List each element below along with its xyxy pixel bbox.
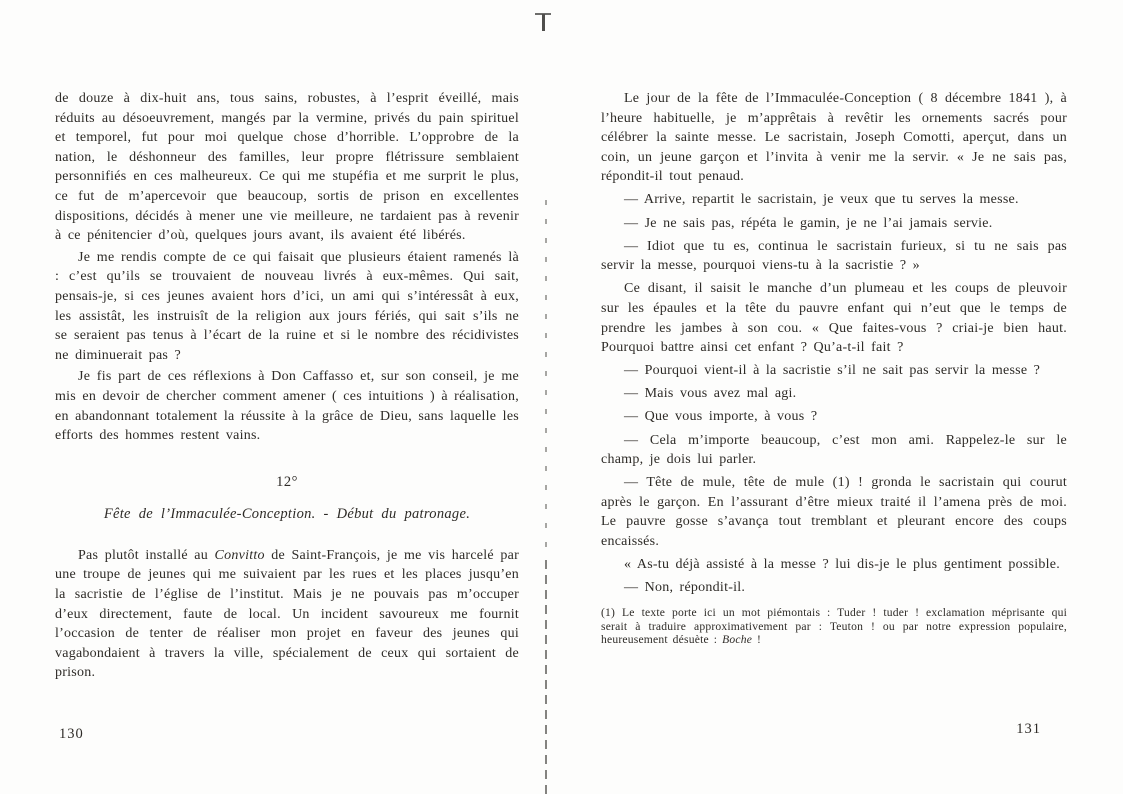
italic-term: Convitto: [215, 548, 265, 563]
dialogue-line: — Que vous importe, à vous ?: [601, 407, 1067, 427]
dialogue-line: — Mais vous avez mal agi.: [601, 384, 1067, 404]
gutter-line: [545, 200, 547, 560]
paragraph-text: de Saint-François, je me vis harcelé par…: [55, 548, 519, 681]
italic-term: Boche: [722, 633, 752, 646]
dialogue-line: — Non, répondit-il.: [601, 578, 1067, 598]
dialogue-line: — Idiot que tu es, continua le sacristai…: [601, 237, 1067, 276]
paragraph: Je me rendis compte de ce qui faisait qu…: [55, 248, 519, 366]
page-number-right: 131: [601, 721, 1041, 738]
paragraph: « As-tu déjà assisté à la messe ? lui di…: [601, 555, 1067, 575]
paragraph-text: Pas plutôt installé au: [78, 548, 215, 563]
paragraph: Pas plutôt installé au Convitto de Saint…: [55, 546, 519, 683]
dialogue-line: — Pourquoi vient-il à la sacristie s’il …: [601, 361, 1067, 381]
book-scan: de douze à dix-huit ans, tous sains, rob…: [0, 0, 1123, 794]
dialogue-line: — Tête de mule, tête de mule (1) ! grond…: [601, 473, 1067, 551]
section-title: Fête de l’Immaculée-Conception. - Début …: [55, 505, 519, 525]
paragraph: Ce disant, il saisit le manche d’un plum…: [601, 279, 1067, 357]
dialogue-line: — Arrive, repartit le sacristain, je veu…: [601, 190, 1067, 210]
paragraph: de douze à dix-huit ans, tous sains, rob…: [55, 89, 519, 246]
dialogue-line: — Cela m’importe beaucoup, c’est mon ami…: [601, 431, 1067, 470]
footnote-text: (1) Le texte porte ici un mot piémontais…: [601, 606, 1067, 647]
footnote: (1) Le texte porte ici un mot piémontais…: [601, 606, 1067, 647]
section-number: 12°: [55, 473, 519, 493]
footnote-text: !: [752, 633, 761, 646]
paragraph: Je fis part de ces réflexions à Don Caff…: [55, 367, 519, 445]
binding-mark: [535, 13, 551, 15]
page-number-left: 130: [59, 726, 84, 743]
right-page: Le jour de la fête de l’Immaculée-Concep…: [601, 89, 1067, 659]
gutter-line: [545, 560, 547, 794]
paragraph: Le jour de la fête de l’Immaculée-Concep…: [601, 89, 1067, 187]
dialogue-line: — Je ne sais pas, répéta le gamin, je ne…: [601, 214, 1067, 234]
left-page: de douze à dix-huit ans, tous sains, rob…: [55, 89, 519, 685]
